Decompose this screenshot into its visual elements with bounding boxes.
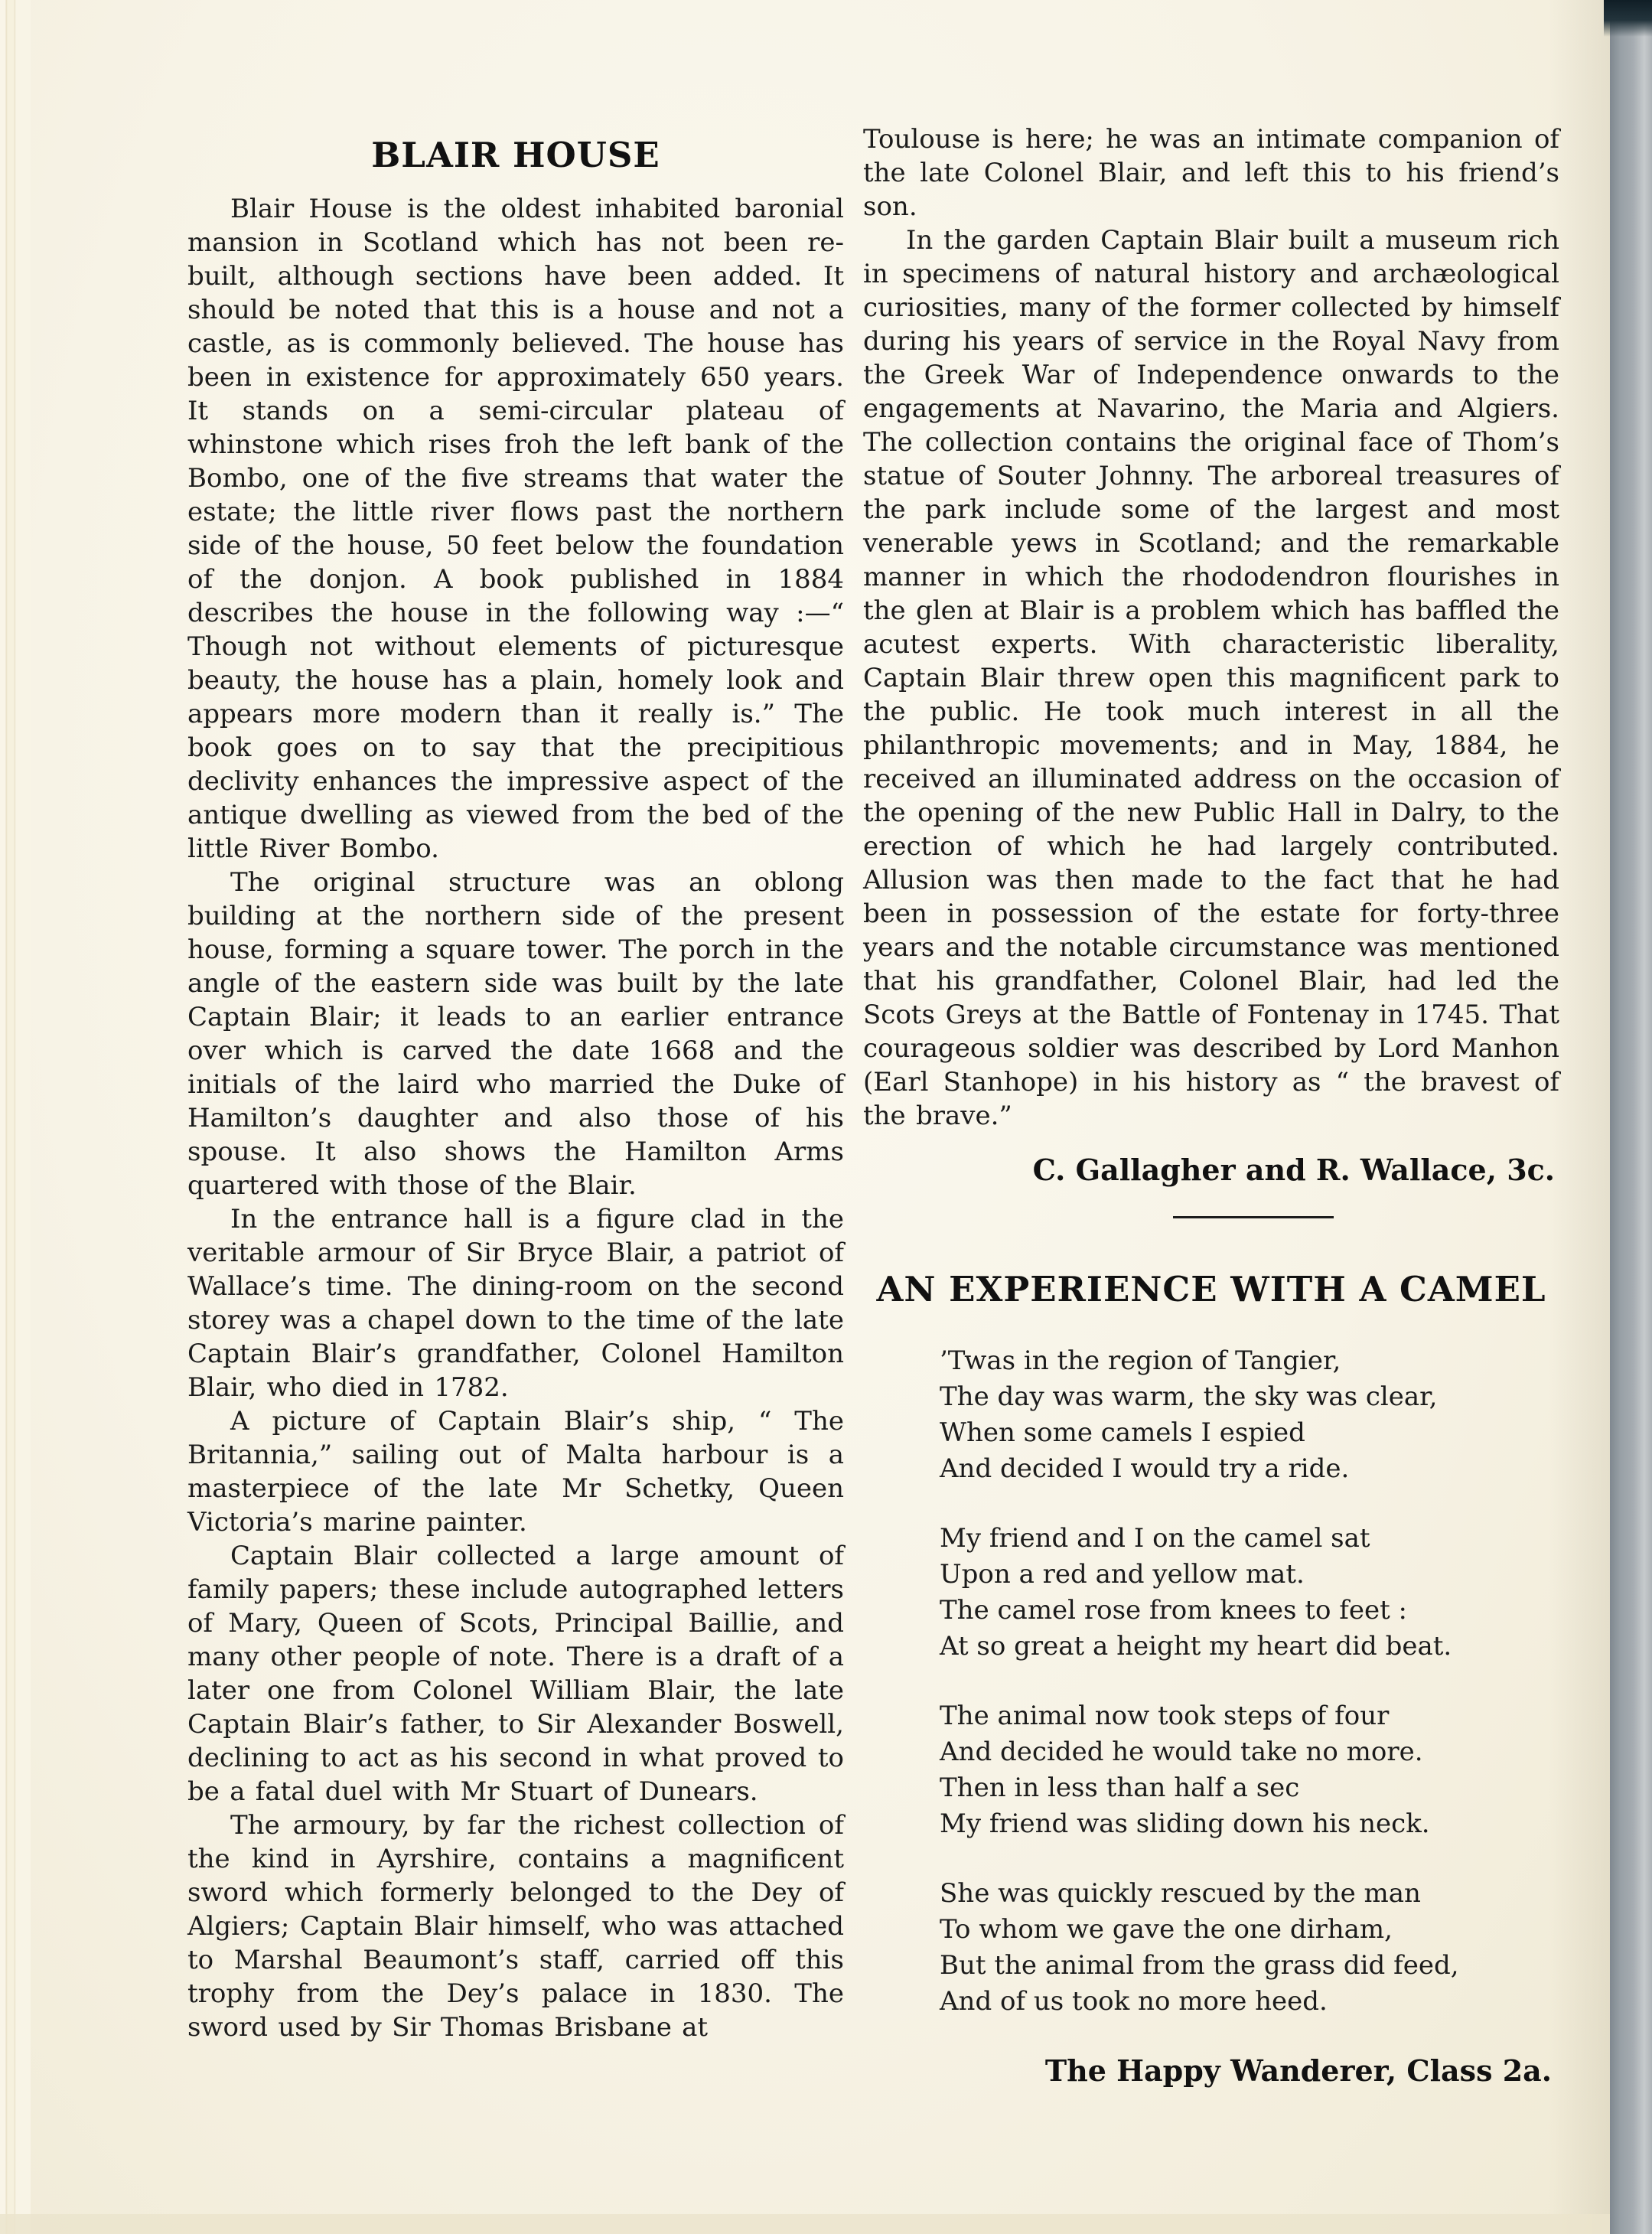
- poem-stanza: She was quickly rescued by the man To wh…: [940, 1876, 1559, 2020]
- poem-line: Then in less than half a sec: [940, 1770, 1559, 1806]
- poem-line: And decided I would try a ride.: [940, 1451, 1559, 1487]
- poem-line: But the animal from the grass did feed,: [940, 1948, 1559, 1984]
- poem-stanza: The animal now took steps of four And de…: [940, 1698, 1559, 1842]
- poem-line: When some camels I espied: [940, 1415, 1559, 1451]
- poem-line: My friend and I on the camel sat: [940, 1521, 1559, 1557]
- page-bottom-edge: [0, 2214, 1610, 2234]
- poem-line: The day was warm, the sky was clear,: [940, 1379, 1559, 1415]
- poem-line: And of us took no more heed.: [940, 1984, 1559, 2020]
- poem-line: And decided he would take no more.: [940, 1734, 1559, 1770]
- blair-house-article: BLAIR HOUSE Blair House is the oldest in…: [187, 135, 844, 2044]
- poem-line: She was quickly rescued by the man: [940, 1876, 1559, 1912]
- poem-line: The camel rose from knees to feet :: [940, 1593, 1559, 1629]
- article-paragraph-continuation: Toulouse is here; he was an intimate com…: [863, 122, 1559, 223]
- article-paragraph: In the garden Captain Blair built a muse…: [863, 223, 1559, 1133]
- article-paragraph: Blair House is the oldest inhabited baro…: [187, 192, 844, 866]
- poem-attribution: The Happy Wanderer, Class 2a.: [863, 2053, 1552, 2088]
- article-paragraph: Captain Blair collected a large amount o…: [187, 1539, 844, 1808]
- poem-line: My friend was sliding down his neck.: [940, 1806, 1559, 1842]
- article-paragraph: The armoury, by far the richest collecti…: [187, 1808, 844, 2044]
- article-paragraph: A picture of Captain Blair’s ship, “ The…: [187, 1404, 844, 1539]
- poem-line: To whom we gave the one dirham,: [940, 1912, 1559, 1948]
- scanner-corner-shadow: [1604, 0, 1652, 37]
- poem-line: Upon a red and yellow mat.: [940, 1557, 1559, 1593]
- article-paragraph: In the entrance hall is a figure clad in…: [187, 1202, 844, 1404]
- poem-stanza: My friend and I on the camel sat Upon a …: [940, 1521, 1559, 1665]
- poem-line: At so great a height my heart did beat.: [940, 1629, 1559, 1665]
- article-attribution: C. Gallagher and R. Wallace, 3c.: [863, 1153, 1555, 1187]
- article-paragraph: The original structure was an oblong bui…: [187, 866, 844, 1202]
- camel-poem: ’Twas in the region of Tangier, The day …: [940, 1343, 1559, 2020]
- poem-line: ’Twas in the region of Tangier,: [940, 1343, 1559, 1379]
- poem-line: The animal now took steps of four: [940, 1698, 1559, 1734]
- poem-stanza: ’Twas in the region of Tangier, The day …: [940, 1343, 1559, 1487]
- continuation-column: Toulouse is here; he was an intimate com…: [863, 122, 1559, 2088]
- poem-title: AN EXPERIENCE WITH A CAMEL: [863, 1269, 1559, 1309]
- scanner-background-strip: [1610, 0, 1652, 2234]
- article-title: BLAIR HOUSE: [187, 135, 844, 175]
- section-divider: [1173, 1216, 1334, 1218]
- book-page-edges: [0, 0, 31, 2234]
